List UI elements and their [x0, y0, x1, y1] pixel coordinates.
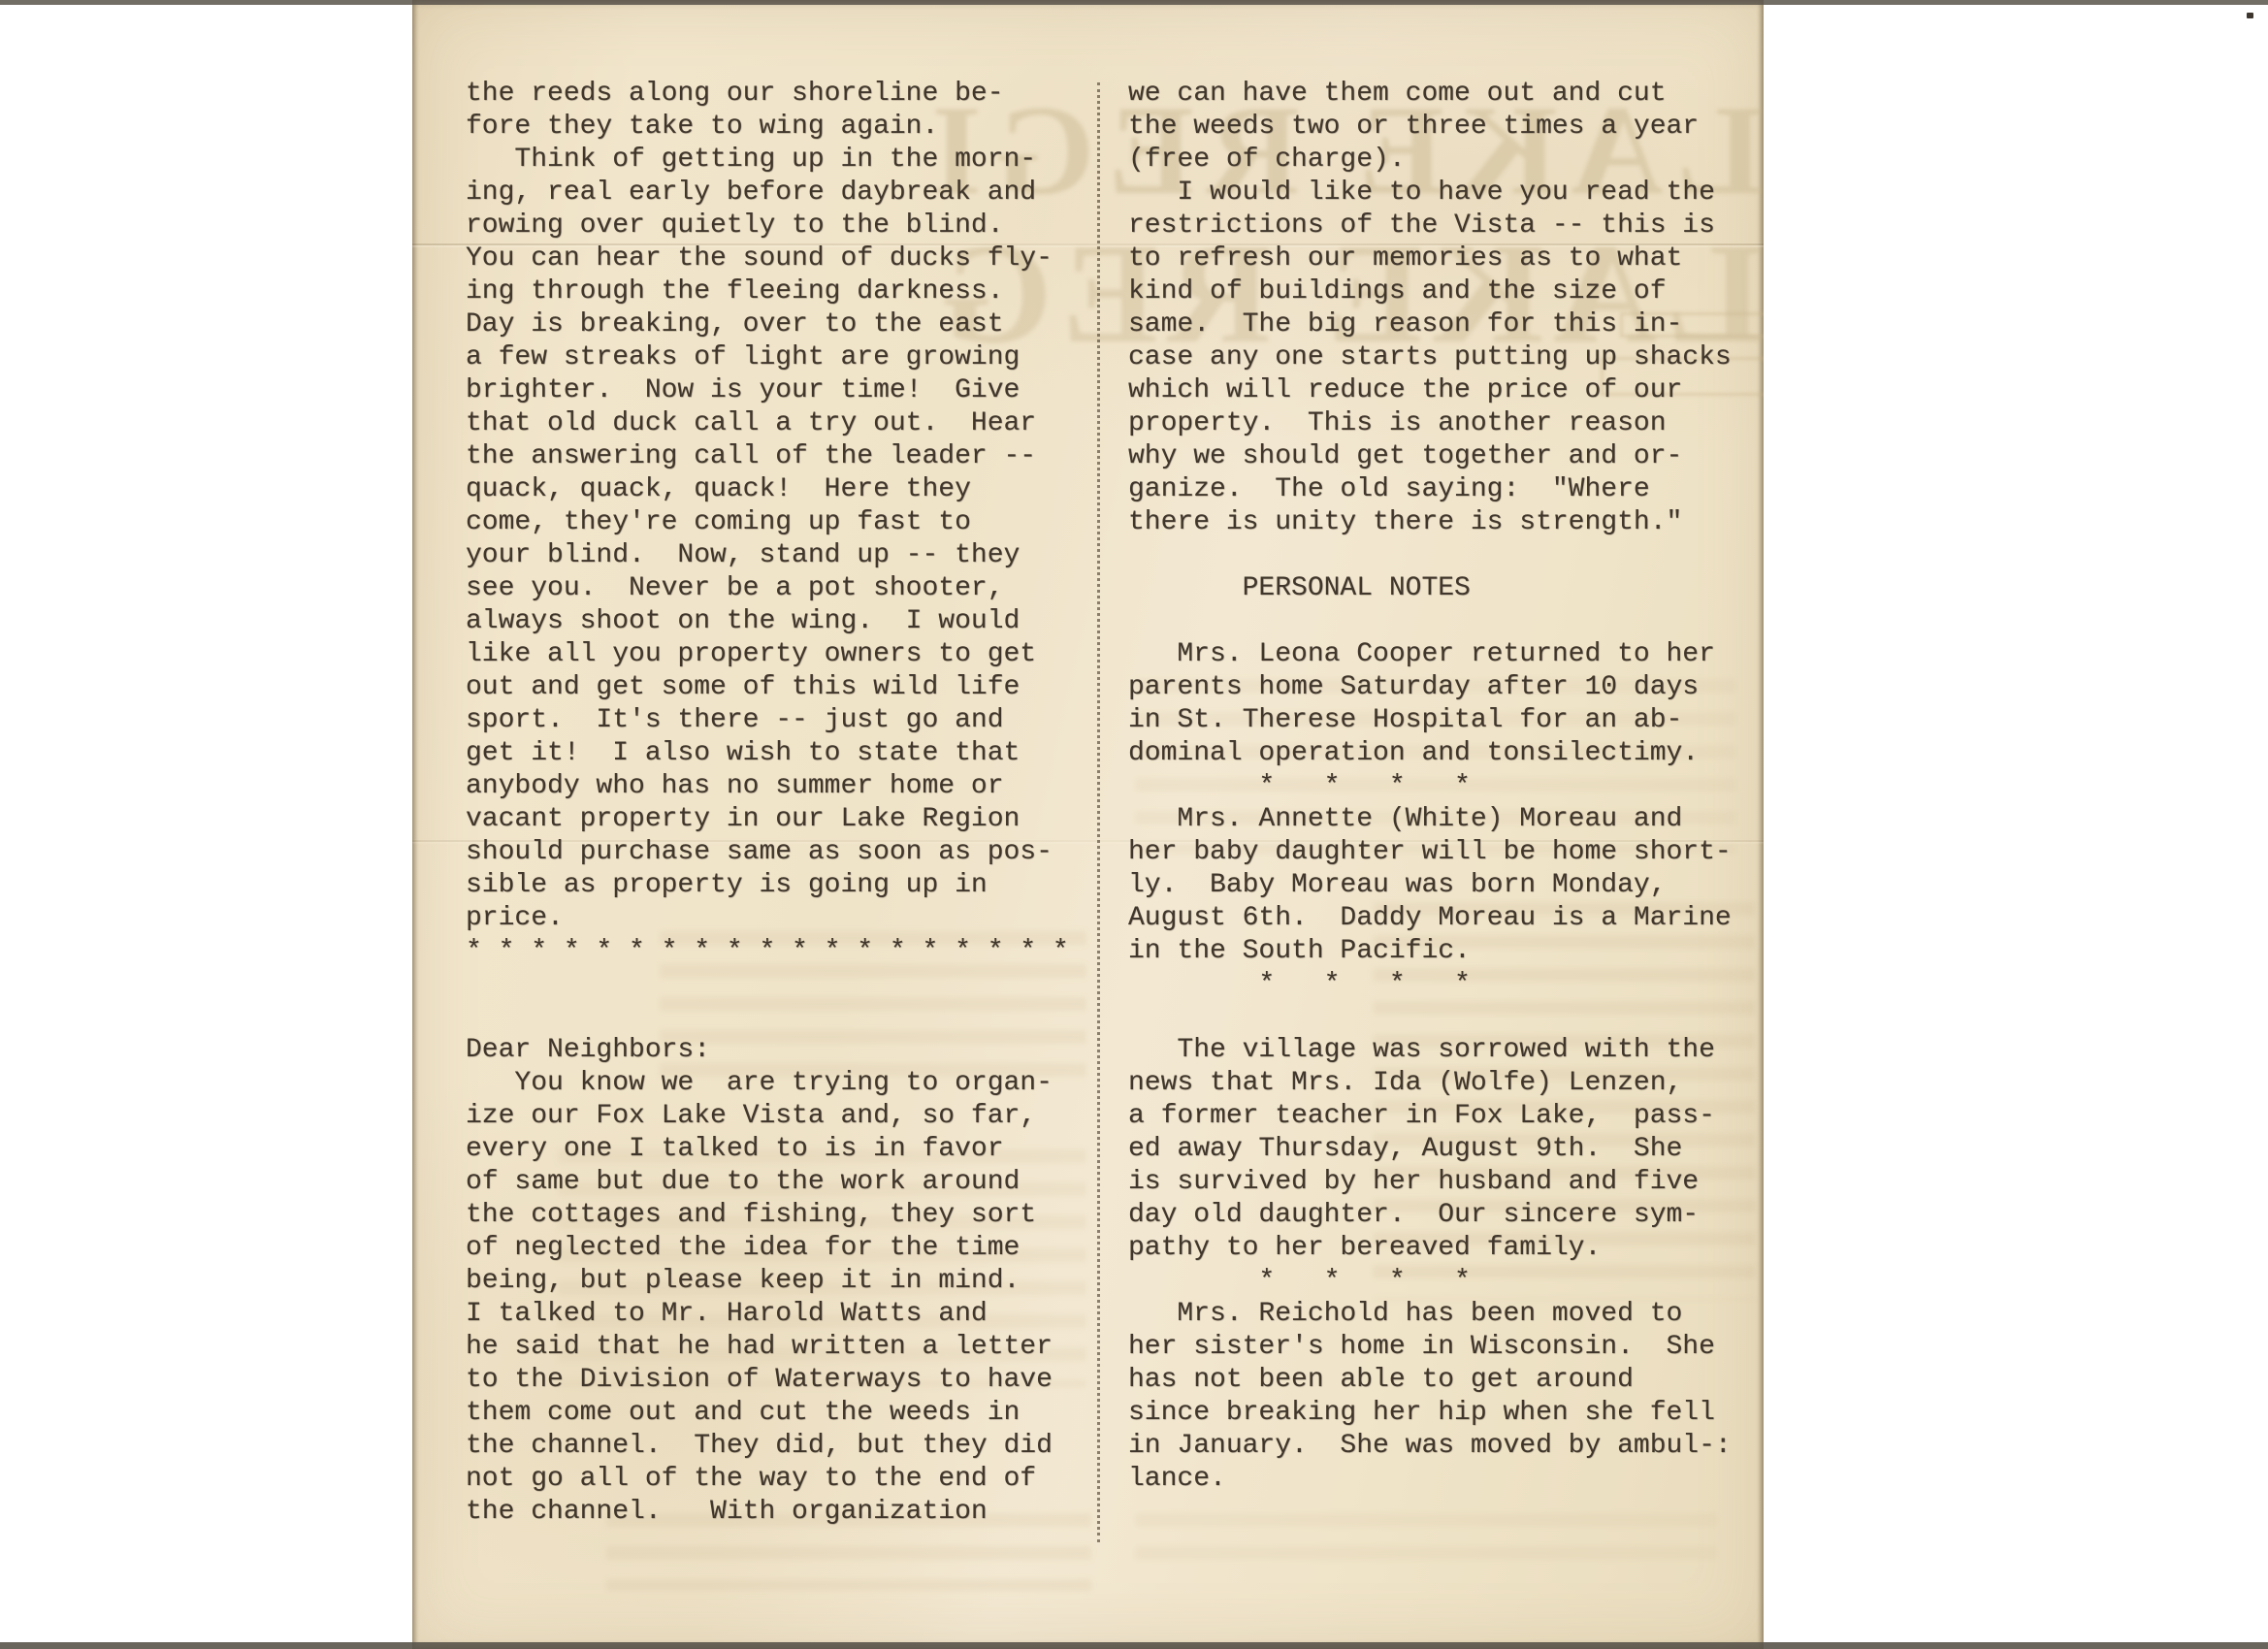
bleedthrough-text-smudge	[1135, 1513, 1717, 1571]
right-column-text: we can have them come out and cut the we…	[1128, 78, 1764, 1496]
scan-artifact-speck	[2247, 13, 2253, 18]
scanner-bottom-edge	[0, 1642, 2268, 1649]
left-column-text: the reeds along our shoreline be- fore t…	[466, 78, 1106, 1529]
newsletter-page: LAKE REGI LAKE REG the reeds along our s…	[412, 0, 1764, 1649]
scanned-page: LAKE REGI LAKE REG the reeds along our s…	[0, 0, 2268, 1649]
scanner-top-edge	[0, 0, 2268, 5]
